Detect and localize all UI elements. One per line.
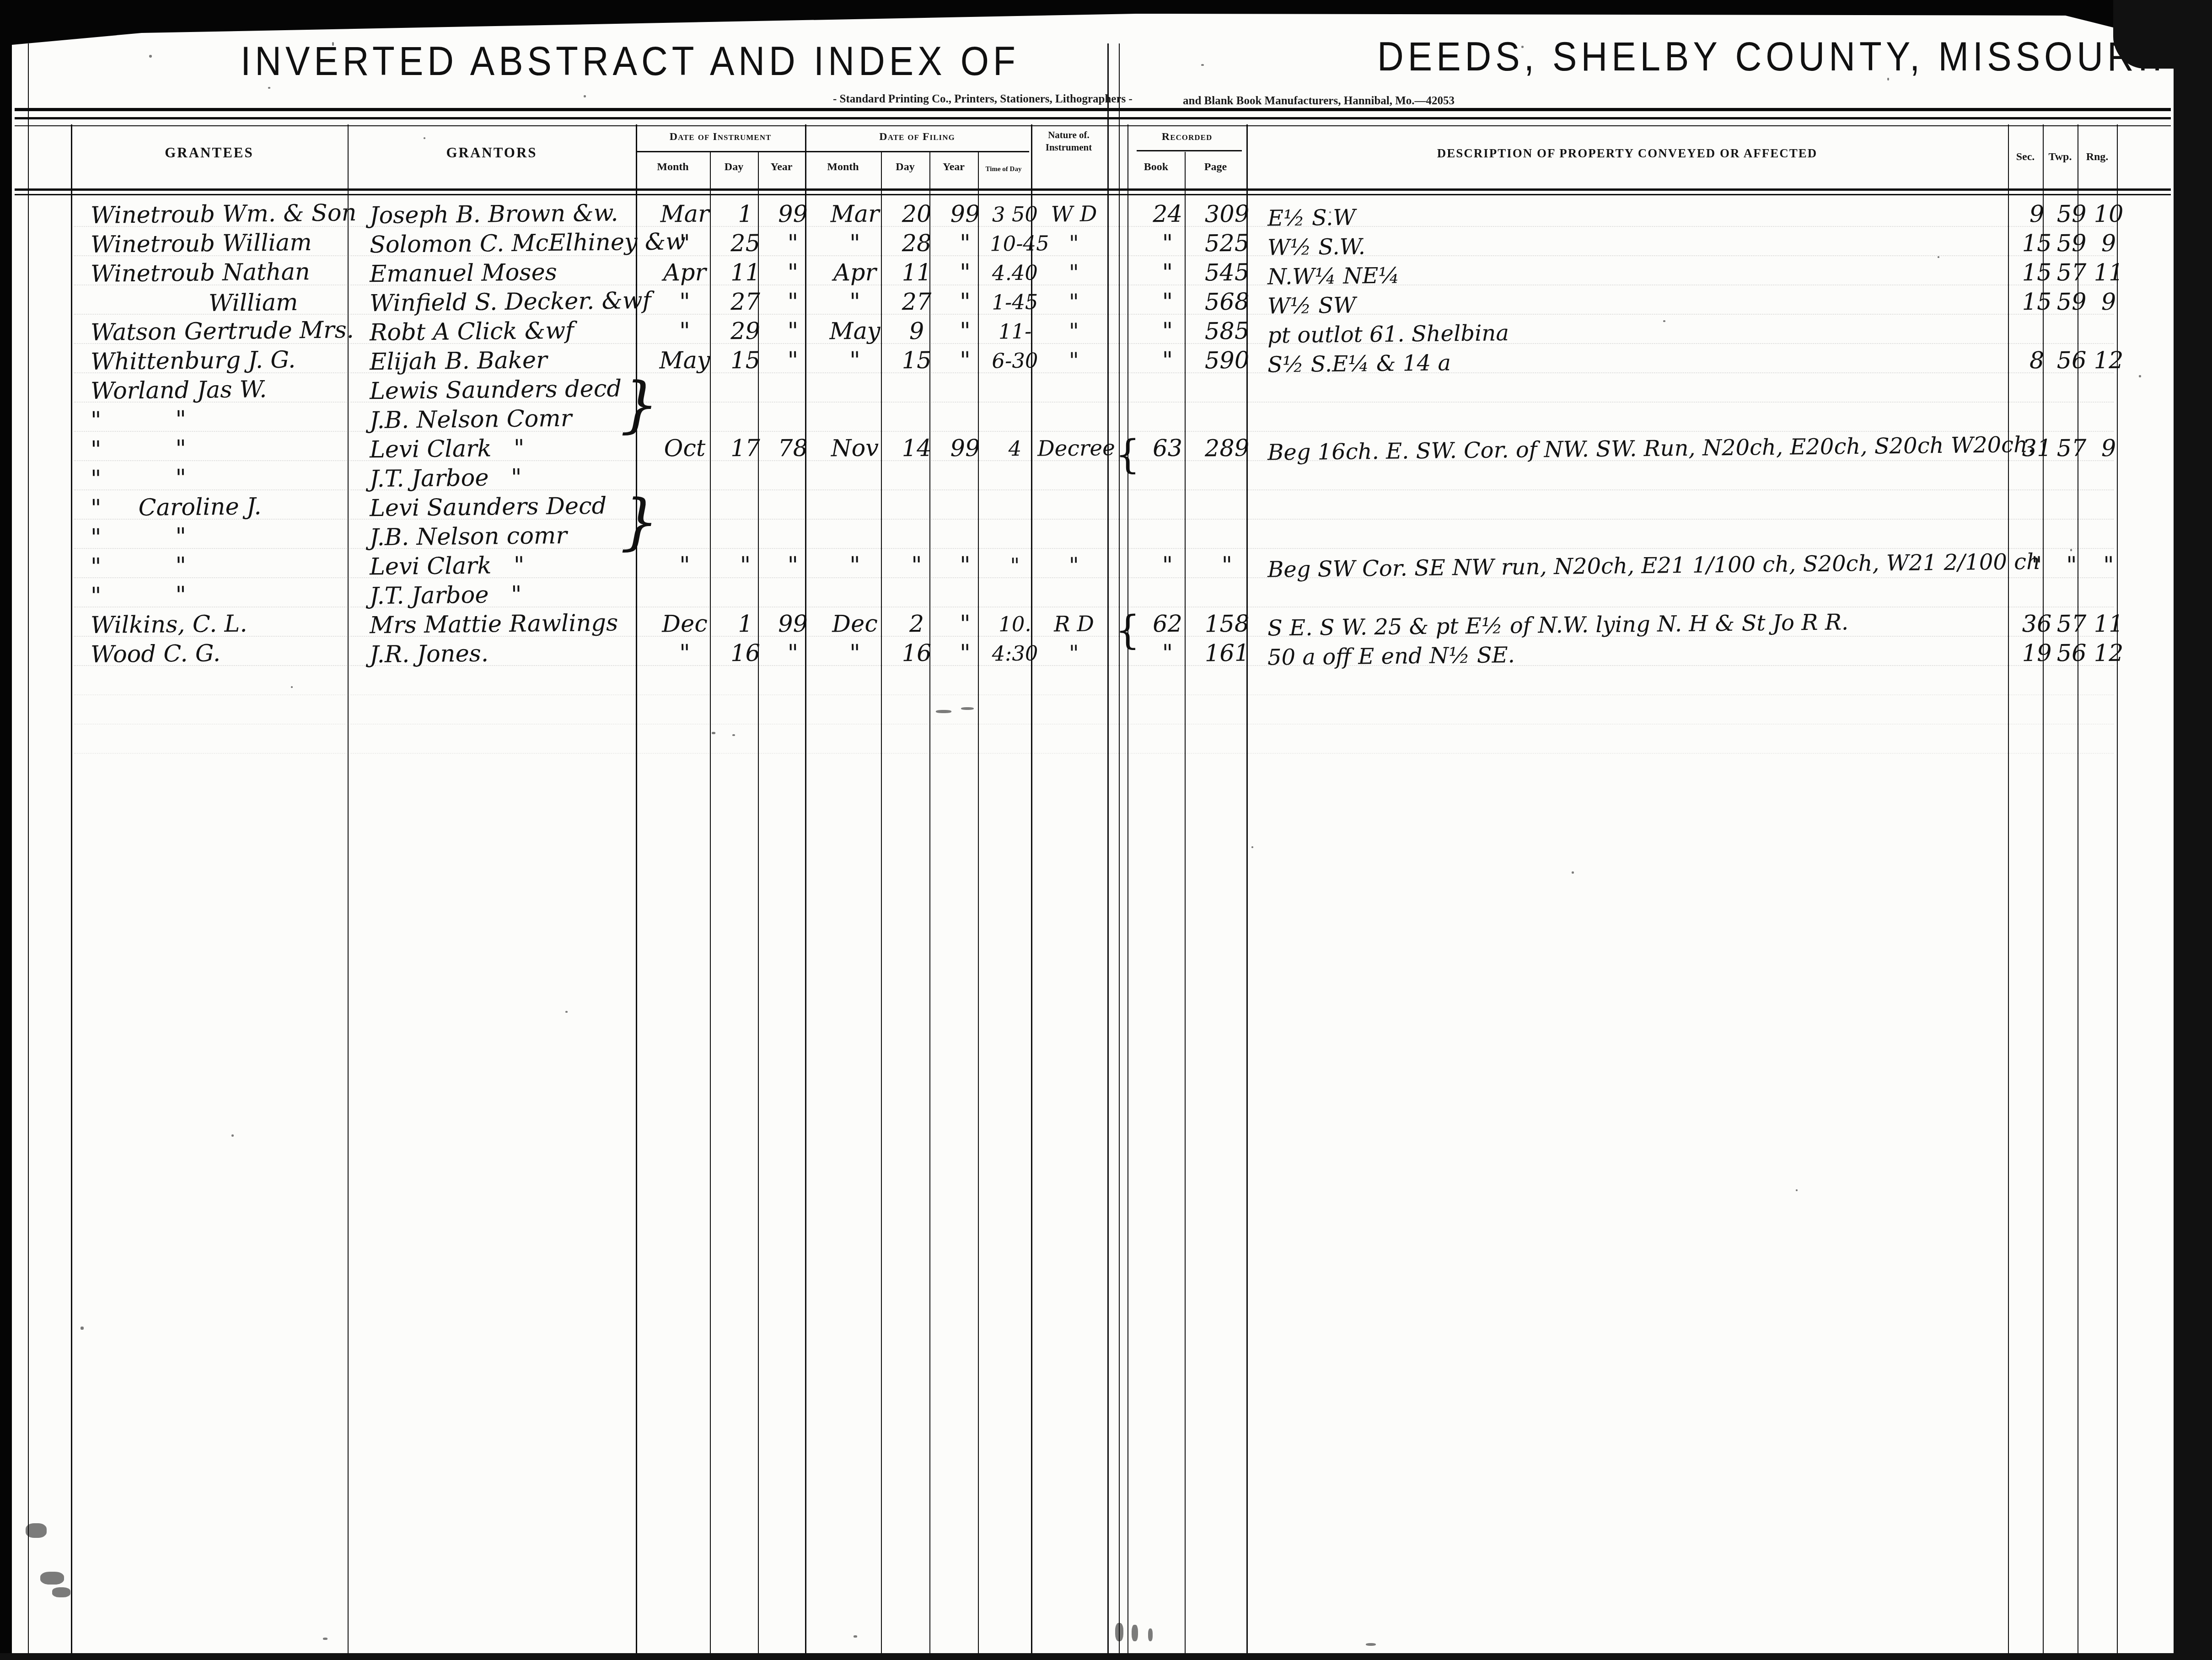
subheader-instrument-month: Month	[636, 161, 710, 173]
recorded-page-cell: 309	[1197, 200, 1258, 229]
twp-cell: 56	[2055, 347, 2089, 376]
property-description-cell: Beg SW Cor. SE NW run, N20ch, E21 1/100 …	[1267, 548, 2013, 584]
filing-day-cell: 9	[893, 317, 941, 346]
instrument-day-cell: 15	[722, 346, 769, 375]
scan-edge-bottom	[0, 1653, 2212, 1660]
instrument-day-cell: 27	[722, 288, 769, 317]
instrument-year-cell: "	[770, 288, 816, 317]
page-title-right: DEEDS, SHELBY COUNTY, MISSOURI.	[1377, 33, 2166, 80]
instrument-year-cell: 99	[770, 200, 816, 229]
sec-cell: 15	[2020, 288, 2054, 317]
column-header-twp: Twp.	[2043, 151, 2078, 163]
filing-day-cell: 28	[893, 229, 941, 258]
instrument-year-cell: "	[770, 317, 816, 346]
grantee-cell: Wood C. G.	[91, 638, 359, 669]
column-header-sec: Sec.	[2008, 151, 2043, 163]
sec-cell: 15	[2020, 230, 2054, 258]
table-row: Winetroub WilliamSolomon C. McElhiney &w…	[12, 230, 2212, 259]
column-header-date-of-instrument: Date of Instrument	[636, 131, 805, 143]
nature-of-instrument-cell: R D	[1037, 610, 1111, 639]
recorded-page-cell: 289	[1197, 434, 1258, 463]
column-header-grantees: GRANTEES	[71, 145, 348, 161]
sec-cell: 31	[2020, 435, 2054, 463]
instrument-day-cell: 25	[722, 229, 769, 258]
rng-cell: 9	[2089, 288, 2128, 317]
subheader-filing-day: Day	[881, 161, 929, 173]
filing-day-cell: 16	[893, 639, 941, 668]
table-row: Wilkins, C. L.Mrs Mattie RawlingsDec199D…	[12, 610, 2212, 639]
grantee-cell: Winetroub Nathan	[91, 258, 359, 289]
filing-time-cell: 4	[990, 434, 1041, 463]
recorded-page-cell: "	[1197, 551, 1258, 580]
grantee-cell: Whittenburg J. G.	[91, 345, 359, 376]
twp-cell: 59	[2055, 200, 2089, 229]
printer-imprint-left: - Standard Printing Co., Printers, Stati…	[833, 93, 1133, 106]
instrument-day-cell: 1	[722, 610, 769, 639]
instrument-day-cell: 29	[722, 317, 769, 346]
grantor-cell: Levi Clark "	[370, 433, 649, 464]
filing-year-cell: "	[941, 551, 989, 580]
table-row: " "J.T. Jarboe "	[12, 581, 2212, 610]
nature-of-instrument-cell: "	[1037, 258, 1111, 288]
scan-edge-right	[2174, 0, 2212, 1660]
grantee-cell: Worland Jas W.	[91, 375, 359, 406]
scanned-ledger-page: INVERTED ABSTRACT AND INDEX OF DEEDS, SH…	[0, 0, 2212, 1660]
subheader-filing-month: Month	[805, 161, 881, 173]
subheader-instrument-day: Day	[710, 161, 758, 173]
rng-cell: 12	[2089, 347, 2128, 376]
filing-day-cell: "	[893, 551, 941, 580]
column-header-grantors: GRANTORS	[348, 145, 636, 161]
table-row: " "Levi Clark "Oct1778Nov14994Decree6328…	[12, 435, 2212, 464]
twp-cell: 59	[2055, 230, 2089, 258]
rng-cell: 11	[2089, 610, 2128, 639]
table-row: Whittenburg J. G.Elijah B. BakerMay15""1…	[12, 347, 2212, 376]
recorded-book-cell: "	[1139, 639, 1196, 668]
recorded-book-cell: "	[1139, 288, 1196, 317]
rng-cell: 10	[2089, 200, 2128, 229]
grantee-cell: " "	[91, 521, 359, 552]
sec-cell: 19	[2020, 639, 2054, 668]
grantor-cell: Mrs Mattie Rawlings	[370, 609, 649, 640]
filing-year-cell: "	[941, 639, 989, 668]
recorded-page-cell: 158	[1197, 610, 1258, 639]
instrument-day-cell: 1	[722, 200, 769, 229]
twp-cell: 57	[2055, 259, 2089, 288]
sec-cell: 15	[2020, 259, 2054, 288]
filing-time-cell: 4.40	[990, 258, 1041, 287]
recorded-page-cell: 161	[1197, 639, 1258, 668]
grantor-cell: Joseph B. Brown &w.	[370, 199, 649, 230]
filing-day-cell: 2	[893, 610, 941, 639]
subheader-instrument-year: Year	[758, 161, 805, 173]
recorded-page-cell: 568	[1197, 288, 1258, 317]
column-header-date-of-filing: Date of Filing	[805, 131, 1029, 143]
twp-cell: 57	[2055, 435, 2089, 463]
filing-time-cell: "	[990, 551, 1041, 580]
grantor-cell: Lewis Saunders decd	[370, 375, 649, 406]
filing-year-cell: "	[941, 229, 989, 258]
rng-cell: 12	[2089, 639, 2128, 668]
instrument-year-cell: 78	[770, 434, 816, 463]
property-description-cell: 50 a off E end N½ SE.	[1267, 635, 2013, 672]
rng-cell: "	[2089, 552, 2128, 580]
grantee-cell: Winetroub Wm. & Son	[91, 199, 359, 230]
filing-day-cell: 11	[893, 258, 941, 287]
recorded-book-cell: "	[1139, 258, 1196, 287]
rng-cell: 9	[2089, 230, 2128, 258]
nature-of-instrument-cell: "	[1037, 551, 1111, 580]
filing-time-cell: 10.	[990, 610, 1041, 639]
filing-year-cell: "	[941, 317, 989, 346]
column-header-description: DESCRIPTION OF PROPERTY CONVEYED OR AFFE…	[1246, 146, 2008, 161]
recorded-book-cell: "	[1139, 229, 1196, 258]
grantor-cell: Emanuel Moses	[370, 258, 649, 289]
nature-of-instrument-cell: "	[1037, 229, 1111, 258]
instrument-year-cell: "	[770, 551, 816, 580]
instrument-year-cell: "	[770, 346, 816, 375]
table-row: " "J.T. Jarboe "	[12, 464, 2212, 493]
filing-year-cell: 99	[941, 200, 989, 229]
instrument-year-cell: 99	[770, 610, 816, 639]
subheader-filing-time-of-day: Time of Day	[978, 166, 1029, 173]
recorded-book-cell: 24	[1139, 200, 1196, 229]
grantor-cell: Elijah B. Baker	[370, 345, 649, 376]
rng-cell: 9	[2089, 435, 2128, 463]
filing-time-cell: 6-30	[990, 346, 1041, 375]
filing-time-cell: 4:30	[990, 639, 1041, 668]
grantee-cell: Watson Gertrude Mrs.	[91, 316, 359, 347]
rng-cell: 11	[2089, 259, 2128, 288]
filing-time-cell: 10-45	[990, 229, 1041, 258]
grantor-cell: Solomon C. McElhiney &w	[370, 228, 649, 259]
filing-day-cell: 27	[893, 288, 941, 317]
instrument-day-cell: 17	[722, 434, 769, 463]
column-header-nature-of-instrument: Nature of. Instrument	[1031, 129, 1106, 154]
sec-cell: 9	[2020, 200, 2054, 229]
filing-year-cell: 99	[941, 434, 989, 463]
filing-day-cell: 15	[893, 346, 941, 375]
property-description-cell: S½ S.E¼ & 14 a	[1267, 343, 2013, 379]
nature-of-instrument-cell: "	[1037, 288, 1111, 317]
nature-of-instrument-cell: W D	[1037, 200, 1111, 229]
table-row: Watson Gertrude Mrs.Robt A Click &wf"29"…	[12, 317, 2212, 347]
grantee-cell: Winetroub William	[91, 228, 359, 259]
recorded-book-cell: 63	[1139, 434, 1196, 463]
nature-of-instrument-cell: "	[1037, 639, 1111, 668]
grantee-cell: " "	[91, 580, 359, 611]
table-row: " "J.B. Nelson Comr	[12, 405, 2212, 435]
filing-day-cell: 20	[893, 200, 941, 229]
printer-imprint-right: and Blank Book Manufacturers, Hannibal, …	[1183, 95, 1455, 107]
recorded-page-cell: 585	[1197, 317, 1258, 346]
paper-sheet: INVERTED ABSTRACT AND INDEX OF DEEDS, SH…	[12, 0, 2174, 1655]
recorded-book-cell: "	[1139, 346, 1196, 375]
subheader-filing-year: Year	[929, 161, 978, 173]
nature-of-instrument-cell: Decree	[1037, 434, 1111, 463]
recorded-page-cell: 545	[1197, 258, 1258, 287]
table-row: " "J.B. Nelson comr	[12, 522, 2212, 552]
grantor-cell: Winfield S. Decker. &wf	[370, 287, 649, 318]
column-header-recorded: Recorded	[1127, 131, 1246, 143]
filing-year-cell: "	[941, 258, 989, 287]
table-row: Worland Jas W.Lewis Saunders decd}	[12, 376, 2212, 405]
grantee-cell: " Caroline J.	[91, 492, 359, 523]
instrument-year-cell: "	[770, 229, 816, 258]
recorded-book-cell: "	[1139, 317, 1196, 346]
grantor-cell: Levi Clark "	[370, 550, 649, 581]
recorded-page-cell: 525	[1197, 229, 1258, 258]
grantor-cell: J.B. Nelson Comr	[370, 404, 649, 435]
page-title-left: INVERTED ABSTRACT AND INDEX OF	[241, 38, 1020, 85]
filing-year-cell: "	[941, 288, 989, 317]
table-row: " "Levi Clark """""""""""Beg SW Cor. SE …	[12, 552, 2212, 581]
grantor-cell: Robt A Click &wf	[370, 316, 649, 347]
filing-day-cell: 14	[893, 434, 941, 463]
table-row: " Caroline J.Levi Saunders Decd}	[12, 493, 2212, 522]
column-header-rng: Rng.	[2078, 151, 2117, 163]
twp-cell: 57	[2055, 610, 2089, 639]
scan-blotch-top-right	[2113, 0, 2212, 69]
nature-of-instrument-cell: "	[1037, 317, 1111, 346]
filing-year-cell: "	[941, 346, 989, 375]
table-row: Winetroub NathanEmanuel MosesApr11"Apr11…	[12, 259, 2212, 288]
instrument-day-cell: 16	[722, 639, 769, 668]
filing-year-cell: "	[941, 610, 989, 639]
grantor-cell: J.T. Jarboe "	[370, 462, 649, 494]
subheader-book: Book	[1127, 161, 1185, 173]
recorded-book-cell: "	[1139, 551, 1196, 580]
instrument-year-cell: "	[770, 258, 816, 287]
instrument-year-cell: "	[770, 639, 816, 668]
twp-cell: 56	[2055, 639, 2089, 668]
recorded-book-cell: 62	[1139, 610, 1196, 639]
sec-cell: 36	[2020, 610, 2054, 639]
grantee-cell: " "	[91, 462, 359, 494]
grantor-cell: Levi Saunders Decd	[370, 492, 649, 523]
table-row: Wood C. G.J.R. Jones."16""16"4:30""16150…	[12, 639, 2212, 669]
twp-cell: "	[2055, 552, 2089, 580]
instrument-day-cell: "	[722, 551, 769, 580]
grantor-cell: J.R. Jones.	[370, 638, 649, 669]
filing-time-cell: 11-	[990, 317, 1041, 346]
sec-cell: "	[2020, 552, 2054, 580]
grantee-cell: " "	[91, 433, 359, 464]
grantor-cell: J.B. Nelson comr	[370, 521, 649, 552]
nature-of-instrument-cell: "	[1037, 346, 1111, 376]
grantee-cell: " "	[91, 550, 359, 581]
recorded-page-cell: 590	[1197, 346, 1258, 375]
property-description-cell: Beg 16ch. E. SW. Cor. of NW. SW. Run, N2…	[1267, 430, 2013, 467]
table-row: Winetroub Wm. & SonJoseph B. Brown &w.Ma…	[12, 200, 2212, 230]
twp-cell: 59	[2055, 288, 2089, 317]
grantor-cell: J.T. Jarboe "	[370, 580, 649, 611]
instrument-day-cell: 11	[722, 258, 769, 287]
grantee-cell: Wilkins, C. L.	[91, 609, 359, 640]
subheader-page: Page	[1185, 161, 1246, 173]
table-row: WilliamWinfield S. Decker. &wf"27""27"1-…	[12, 288, 2212, 317]
sec-cell: 8	[2020, 347, 2054, 376]
filing-time-cell: 1-45	[990, 288, 1041, 317]
grantee-cell: " "	[91, 404, 359, 435]
filing-time-cell: 3 50	[990, 200, 1041, 229]
